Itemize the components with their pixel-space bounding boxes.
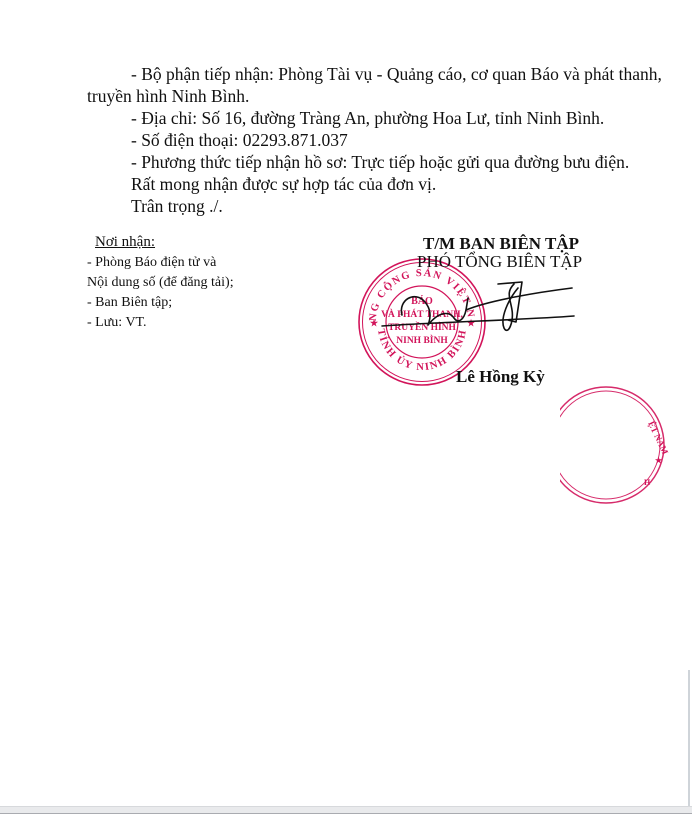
recipient-item: - Ban Biên tập;: [87, 293, 172, 313]
body-line-receiving-dept: - Bộ phận tiếp nhận: Phòng Tài vụ - Quản…: [131, 63, 662, 85]
page-edge-line: [688, 670, 690, 806]
handwritten-signature: [380, 270, 580, 350]
svg-text:★: ★: [655, 456, 663, 465]
bleed-through-stamp: ỆT NAM ★ H: [560, 385, 692, 505]
body-line-address: - Địa chỉ: Số 16, đường Tràng An, phường…: [131, 107, 604, 129]
body-line-cooperation: Rất mong nhận được sự hợp tác của đơn vị…: [131, 173, 436, 195]
signer-name: Lê Hồng Kỳ: [456, 366, 545, 388]
body-line-closing: Trân trọng ./.: [131, 195, 223, 217]
recipient-item: - Phòng Báo điện tử và: [87, 253, 216, 273]
svg-text:H: H: [644, 478, 651, 487]
recipients-heading: Nơi nhận:: [95, 232, 155, 252]
document-page: - Bộ phận tiếp nhận: Phòng Tài vụ - Quản…: [0, 0, 692, 806]
viewer-bottom-border: [0, 806, 692, 814]
body-line-submission-method: - Phương thức tiếp nhận hồ sơ: Trực tiếp…: [131, 151, 629, 173]
body-line-receiving-dept-cont: truyền hình Ninh Bình.: [87, 85, 249, 107]
body-line-phone: - Số điện thoại: 02293.871.037: [131, 129, 348, 151]
recipient-item: Nội dung số (để đăng tải);: [87, 273, 234, 293]
svg-text:★: ★: [370, 318, 379, 328]
recipient-item: - Lưu: VT.: [87, 313, 147, 333]
svg-text:ỆT NAM: ỆT NAM: [646, 420, 670, 457]
